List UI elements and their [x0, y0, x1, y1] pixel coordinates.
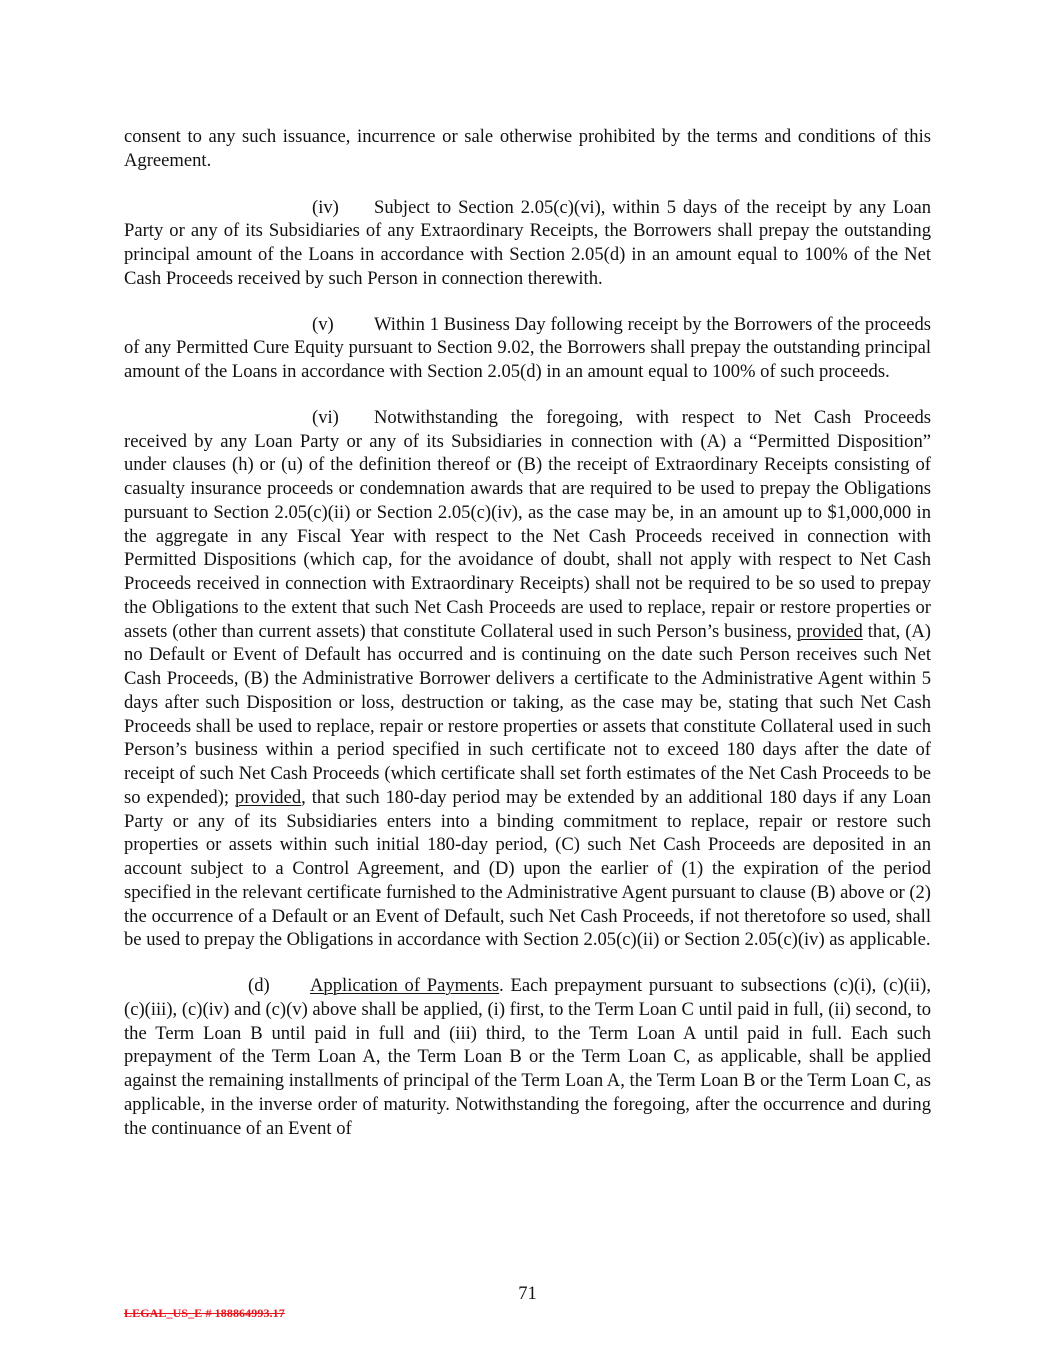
paragraph-text: , that such 180-day period may be extend… — [124, 787, 931, 951]
paragraph-text: . Each prepayment pursuant to subsection… — [124, 975, 931, 1139]
paragraph-text: consent to any such issuance, incurrence… — [124, 126, 931, 171]
document-id: LEGAL_US_E # 188864993.17 — [124, 1306, 285, 1321]
clause-number: (vi) — [124, 406, 374, 430]
document-body: consent to any such issuance, incurrence… — [124, 125, 931, 1162]
provided-term: provided — [235, 787, 301, 808]
paragraph-continuation: consent to any such issuance, incurrence… — [124, 125, 931, 173]
paragraph-v: (v)Within 1 Business Day following recei… — [124, 313, 931, 384]
section-heading: Application of Payments — [310, 975, 499, 996]
provided-term: provided — [797, 621, 863, 642]
page-number: 71 — [0, 1283, 1055, 1305]
paragraph-d: (d)Application of Payments. Each prepaym… — [124, 974, 931, 1140]
paragraph-vi: (vi)Notwithstanding the foregoing, with … — [124, 406, 931, 952]
clause-number: (d) — [124, 974, 310, 998]
paragraph-text: Notwithstanding the foregoing, with resp… — [124, 407, 931, 642]
paragraph-text: that, (A) no Default or Event of Default… — [124, 621, 931, 808]
clause-number: (v) — [124, 313, 374, 337]
clause-number: (iv) — [124, 196, 374, 220]
paragraph-iv: (iv)Subject to Section 2.05(c)(vi), with… — [124, 196, 931, 291]
